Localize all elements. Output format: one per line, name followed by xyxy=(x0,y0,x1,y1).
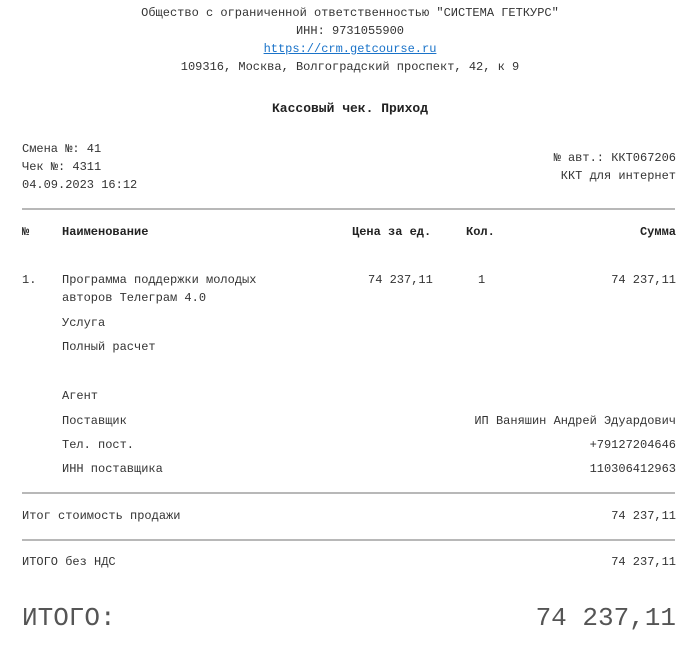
item-sum: 74 237,11 xyxy=(611,273,676,287)
auto-number: № авт.: ККТ067206 xyxy=(554,151,676,165)
supplier-inn-label: ИНН поставщика xyxy=(62,462,163,476)
divider xyxy=(22,208,675,210)
agent-label: Агент xyxy=(62,389,98,403)
col-header-price: Цена за ед. xyxy=(352,225,431,239)
novat-total-value: 74 237,11 xyxy=(611,555,676,569)
company-inn: ИНН: 9731055900 xyxy=(0,24,700,38)
sale-total-label: Итог стоимость продажи xyxy=(22,509,180,523)
supplier-inn-value: 110306412963 xyxy=(590,462,676,476)
grand-total-value: 74 237,11 xyxy=(536,603,676,633)
item-type: Услуга xyxy=(62,316,105,330)
col-header-qty: Кол. xyxy=(466,225,495,239)
divider xyxy=(22,492,675,494)
col-header-name: Наименование xyxy=(62,225,148,239)
supplier-label: Поставщик xyxy=(62,414,127,428)
supplier-phone-label: Тел. пост. xyxy=(62,438,134,452)
item-qty: 1 xyxy=(478,273,485,287)
supplier-phone-value: +79127204646 xyxy=(590,438,676,452)
company-address: 109316, Москва, Волгоградский проспект, … xyxy=(0,60,700,74)
item-price: 74 237,11 xyxy=(368,273,433,287)
website-link[interactable]: https://crm.getcourse.ru xyxy=(264,42,437,56)
sale-total-value: 74 237,11 xyxy=(611,509,676,523)
company-name: Общество с ограниченной ответственностью… xyxy=(0,6,700,20)
kkt-type: ККТ для интернет xyxy=(561,169,676,183)
divider xyxy=(22,539,675,541)
receipt-number: Чек №: 4311 xyxy=(22,160,101,174)
receipt-datetime: 04.09.2023 16:12 xyxy=(22,178,137,192)
item-name-line1: Программа поддержки молодых xyxy=(62,273,256,287)
item-number: 1. xyxy=(22,273,36,287)
item-name-line2: авторов Телеграм 4.0 xyxy=(62,291,206,305)
shift-number: Смена №: 41 xyxy=(22,142,101,156)
item-payment: Полный расчет xyxy=(62,340,156,354)
novat-total-label: ИТОГО без НДС xyxy=(22,555,116,569)
grand-total-label: ИТОГО: xyxy=(22,603,116,633)
col-header-num: № xyxy=(22,225,29,239)
receipt-title: Кассовый чек. Приход xyxy=(0,101,700,116)
supplier-value: ИП Ваняшин Андрей Эдуардович xyxy=(474,414,676,428)
col-header-sum: Сумма xyxy=(640,225,676,239)
